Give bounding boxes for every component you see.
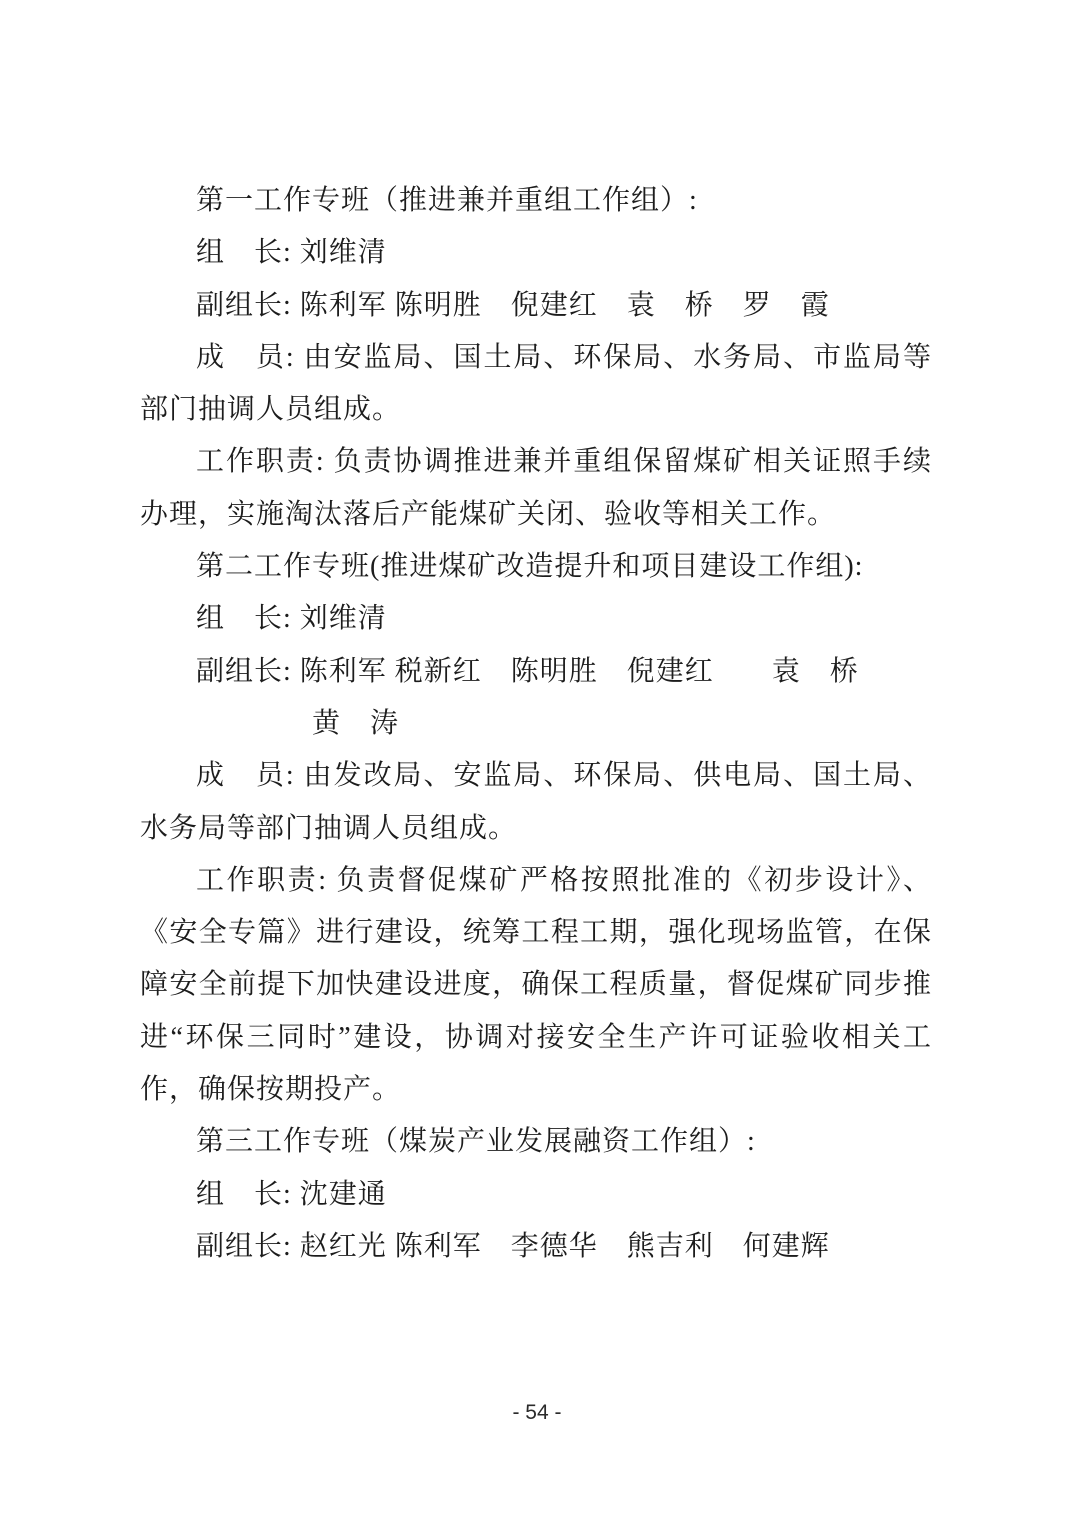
document-line: 《安全专篇》进行建设，统筹工程工期，强化现场监管，在保: [140, 907, 932, 959]
document-line: 第二工作专班(推进煤矿改造提升和项目建设工作组):: [140, 541, 932, 593]
document-line: 成 员: 由安监局、国土局、环保局、水务局、市监局等: [140, 332, 932, 384]
document-line: 作，确保按期投产。: [140, 1064, 932, 1116]
document-body: 第一工作专班（推进兼并重组工作组）:组 长: 刘维清副组长: 陈利军 陈明胜 倪…: [140, 175, 932, 1273]
document-line: 水务局等部门抽调人员组成。: [140, 803, 932, 855]
document-line: 组 长: 沈建通: [140, 1169, 932, 1221]
document-line: 副组长: 陈利军 税新红 陈明胜 倪建红 袁 桥: [140, 646, 932, 698]
document-line: 组 长: 刘维清: [140, 227, 932, 279]
document-line: 第一工作专班（推进兼并重组工作组）:: [140, 175, 932, 227]
document-line: 第三工作专班（煤炭产业发展融资工作组）:: [140, 1116, 932, 1168]
document-line: 进“环保三同时”建设，协调对接安全生产许可证验收相关工: [140, 1012, 932, 1064]
document-line: 工作职责: 负责协调推进兼并重组保留煤矿相关证照手续: [140, 436, 932, 488]
document-line: 办理，实施淘汰落后产能煤矿关闭、验收等相关工作。: [140, 489, 932, 541]
document-line: 组 长: 刘维清: [140, 593, 932, 645]
document-line: 副组长: 赵红光 陈利军 李德华 熊吉利 何建辉: [140, 1221, 932, 1273]
document-line: 成 员: 由发改局、安监局、环保局、供电局、国土局、: [140, 750, 932, 802]
document-page: 第一工作专班（推进兼并重组工作组）:组 长: 刘维清副组长: 陈利军 陈明胜 倪…: [0, 0, 1074, 1520]
page-number: - 54 -: [0, 1398, 1074, 1428]
document-line: 工作职责: 负责督促煤矿严格按照批准的《初步设计》、: [140, 855, 932, 907]
document-line: 部门抽调人员组成。: [140, 384, 932, 436]
document-line: 黄 涛: [140, 698, 932, 750]
document-line: 障安全前提下加快建设进度，确保工程质量，督促煤矿同步推: [140, 959, 932, 1011]
document-line: 副组长: 陈利军 陈明胜 倪建红 袁 桥 罗 霞: [140, 280, 932, 332]
